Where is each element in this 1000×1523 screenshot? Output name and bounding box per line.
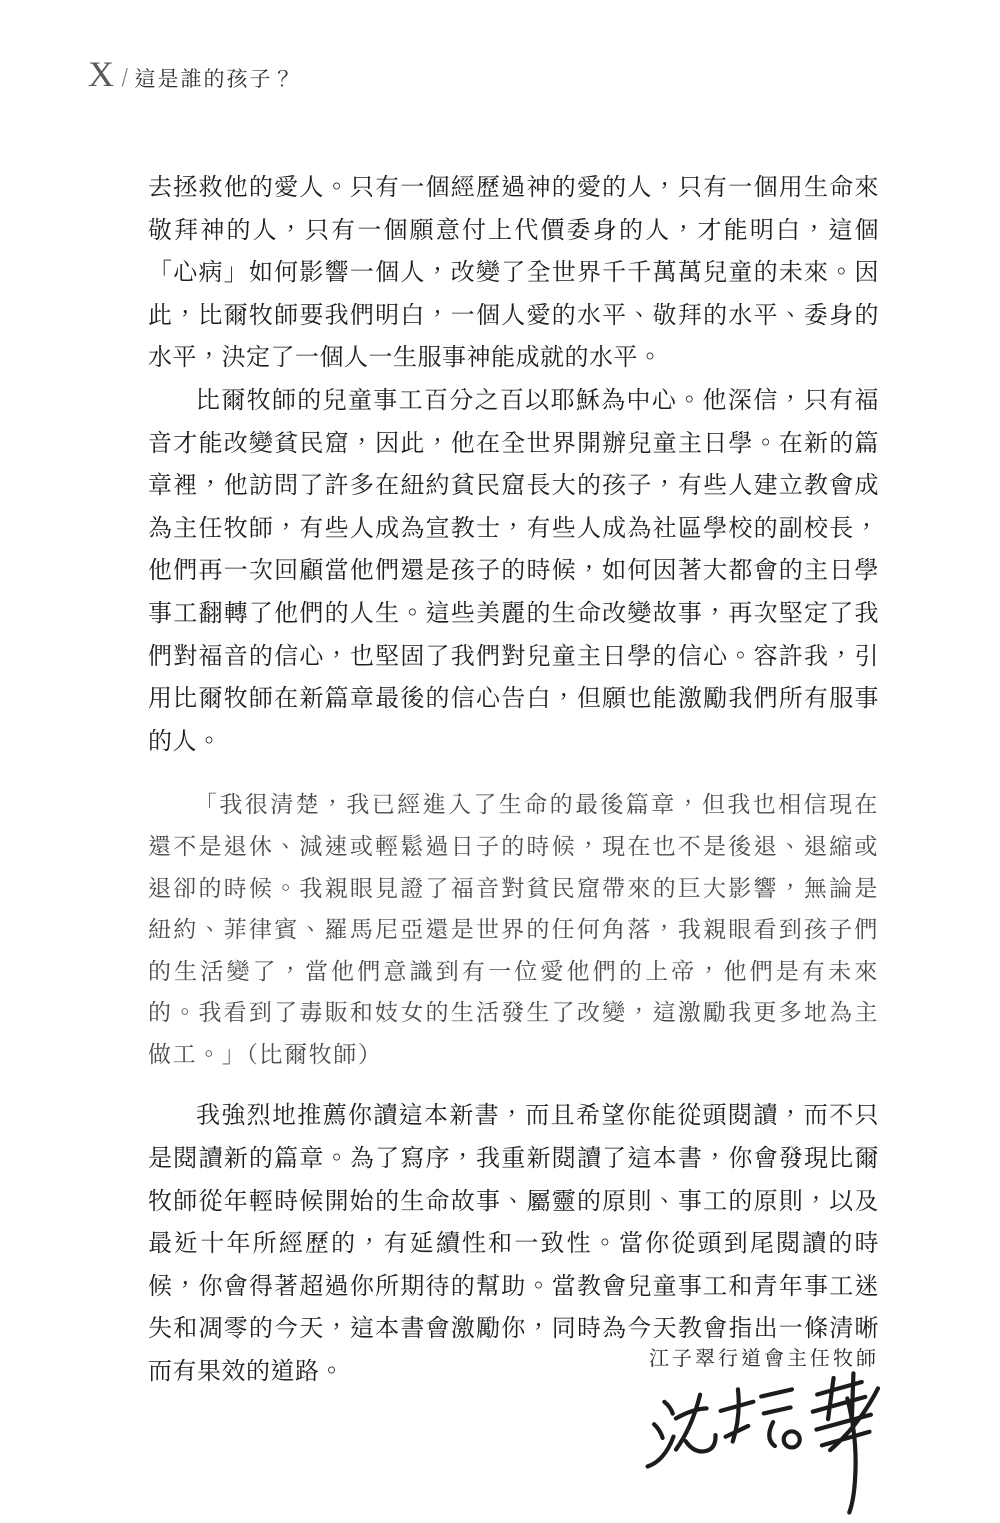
handwritten-signature bbox=[639, 1369, 912, 1523]
quote-text: 「我很清楚，我已經進入了生命的最後篇章，但我也相信現在還不是退休、減速或輕鬆過日… bbox=[148, 792, 879, 1067]
chapter-title: 這是誰的孩子？ bbox=[135, 63, 296, 93]
book-page: X / 這是誰的孩子？ 去拯救他的愛人。只有一個經歷過神的愛的人，只有一個用生命… bbox=[0, 0, 1000, 1523]
signature-strokes bbox=[639, 1369, 912, 1523]
page-header: X / 這是誰的孩子？ bbox=[88, 56, 296, 93]
paragraph-ministry: 比爾牧師的兒童事工百分之百以耶穌為中心。他深信，只有福音才能改變貧民窟，因此，他… bbox=[148, 380, 879, 763]
pastor-bill-quote: 「我很清楚，我已經進入了生命的最後篇章，但我也相信現在還不是退休、減速或輕鬆過日… bbox=[148, 784, 879, 1075]
chapter-numeral: X bbox=[88, 56, 114, 92]
header-divider: / bbox=[122, 62, 128, 93]
paragraph-continuation: 去拯救他的愛人。只有一個經歷過神的愛的人，只有一個用生命來敬拜神的人，只有一個願… bbox=[148, 167, 879, 380]
quote-attribution: （比爾牧師） bbox=[246, 1042, 382, 1067]
byline-title: 江子翠行道會主任牧師 bbox=[649, 1342, 879, 1371]
preface-text-column: 去拯救他的愛人。只有一個經歷過神的愛的人，只有一個用生命來敬拜神的人，只有一個願… bbox=[148, 167, 879, 1394]
